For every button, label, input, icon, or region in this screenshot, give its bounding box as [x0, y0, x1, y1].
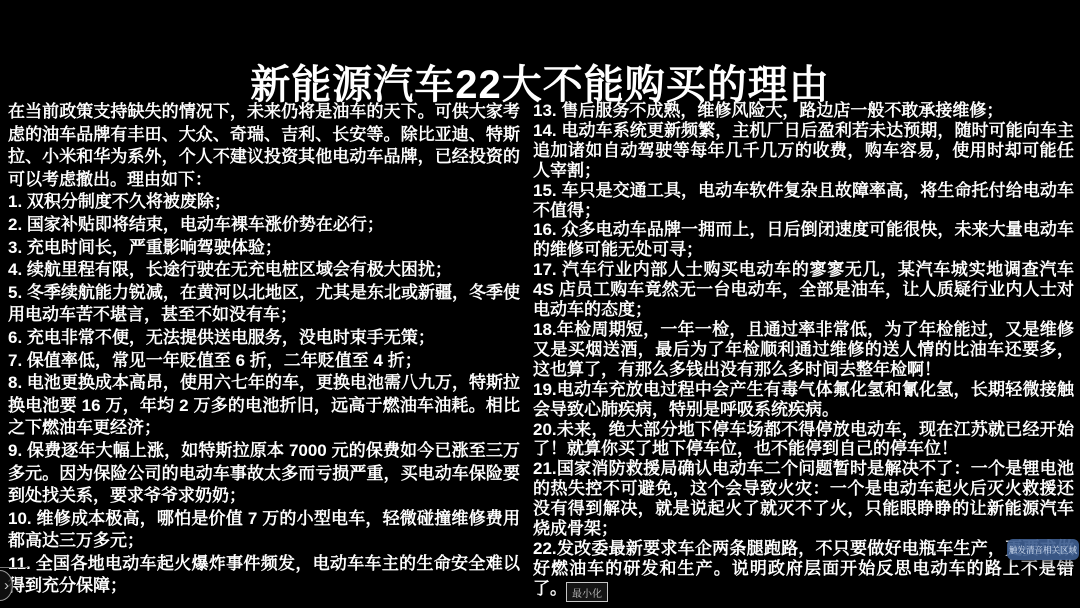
- text-paragraph: 15. 车只是交通工具，电动车软件复杂且故障率高，将生命托付给电动车不值得；: [533, 181, 1074, 221]
- floating-hint-pill[interactable]: 触发清音相关区域: [1007, 539, 1079, 560]
- text-paragraph: 在当前政策支持缺失的情况下，未来仍将是油车的天下。可供大家考虑的油车品牌有丰田、…: [8, 101, 520, 191]
- drawer-handle-line: [0, 567, 28, 568]
- text-paragraph: 17. 汽车行业内部人士购买电动车的寥寥无几，某汽车城实地调查汽车 4S 店员工…: [533, 260, 1074, 320]
- text-paragraph: 16. 众多电动车品牌一拥而上，日后倒闭速度可能很快，未来大量电动车的维修可能无…: [533, 220, 1074, 260]
- slide-body: 在当前政策支持缺失的情况下，未来仍将是油车的天下。可供大家考虑的油车品牌有丰田、…: [8, 101, 1074, 599]
- text-paragraph: 3. 充电时间长，严重影响驾驶体验；: [8, 237, 520, 260]
- text-paragraph: 14. 电动车系统更新频繁，主机厂日后盈利若未达预期，随时可能向车主追加诸如自动…: [533, 121, 1074, 181]
- minimize-button[interactable]: 最小化: [566, 582, 608, 602]
- text-paragraph: 4. 续航里程有限，长途行驶在无充电桩区域会有极大困扰；: [8, 259, 520, 282]
- text-paragraph: 2. 国家补贴即将结束，电动车裸车涨价势在必行；: [8, 214, 520, 237]
- text-paragraph: 5. 冬季续航能力锐减，在黄河以北地区，尤其是东北或新疆，冬季使用电动车苦不堪言…: [8, 282, 520, 327]
- text-paragraph: 1. 双积分制度不久将被废除；: [8, 191, 520, 214]
- chevron-right-icon: ›: [4, 578, 9, 593]
- text-paragraph: 22.发改委最新要求车企两条腿跑路，不只要做好电瓶车生产，更要求做好燃油车的研发…: [533, 539, 1074, 599]
- text-paragraph: 21.国家消防救援局确认电动车二个问题暂时是解决不了：一个是锂电池的热失控不可避…: [533, 459, 1074, 539]
- text-paragraph: 10. 维修成本极高，哪怕是价值 7 万的小型电车，轻微碰撞维修费用都高达三万多…: [8, 508, 520, 553]
- right-column: 13. 售后服务不成熟，维修风险大，路边店一般不敢承接维修；14. 电动车系统更…: [533, 101, 1074, 599]
- text-paragraph: 11. 全国各地电动车起火爆炸事件频发，电动车车主的生命安全难以得到充分保障；: [8, 553, 520, 598]
- text-paragraph: 20.未来，绝大部分地下停车场都不得停放电动车，现在江苏就已经开始了！就算你买了…: [533, 420, 1074, 460]
- text-paragraph: 9. 保费逐年大幅上涨，如特斯拉原本 7000 元的保费如今已涨至三万多元。因为…: [8, 440, 520, 508]
- text-paragraph: 6. 充电非常不便，无法提供送电服务，没电时束手无策；: [8, 327, 520, 350]
- text-paragraph: 19.电动车充放电过程中会产生有毒气体氟化氢和氰化氢，长期轻微接触会导致心肺疾病…: [533, 380, 1074, 420]
- text-paragraph: 8. 电池更换成本高昂，使用六七年的车，更换电池需八九万，特斯拉换电池要 16 …: [8, 372, 520, 440]
- left-column: 在当前政策支持缺失的情况下，未来仍将是油车的天下。可供大家考虑的油车品牌有丰田、…: [8, 101, 520, 599]
- text-paragraph: 18.年检周期短，一年一检，且通过率非常低，为了年检能过，又是维修又是买烟送酒，…: [533, 320, 1074, 380]
- text-paragraph: 7. 保值率低，常见一年贬值至 6 折，二年贬值至 4 折；: [8, 350, 520, 373]
- text-paragraph: 13. 售后服务不成熟，维修风险大，路边店一般不敢承接维修；: [533, 101, 1074, 121]
